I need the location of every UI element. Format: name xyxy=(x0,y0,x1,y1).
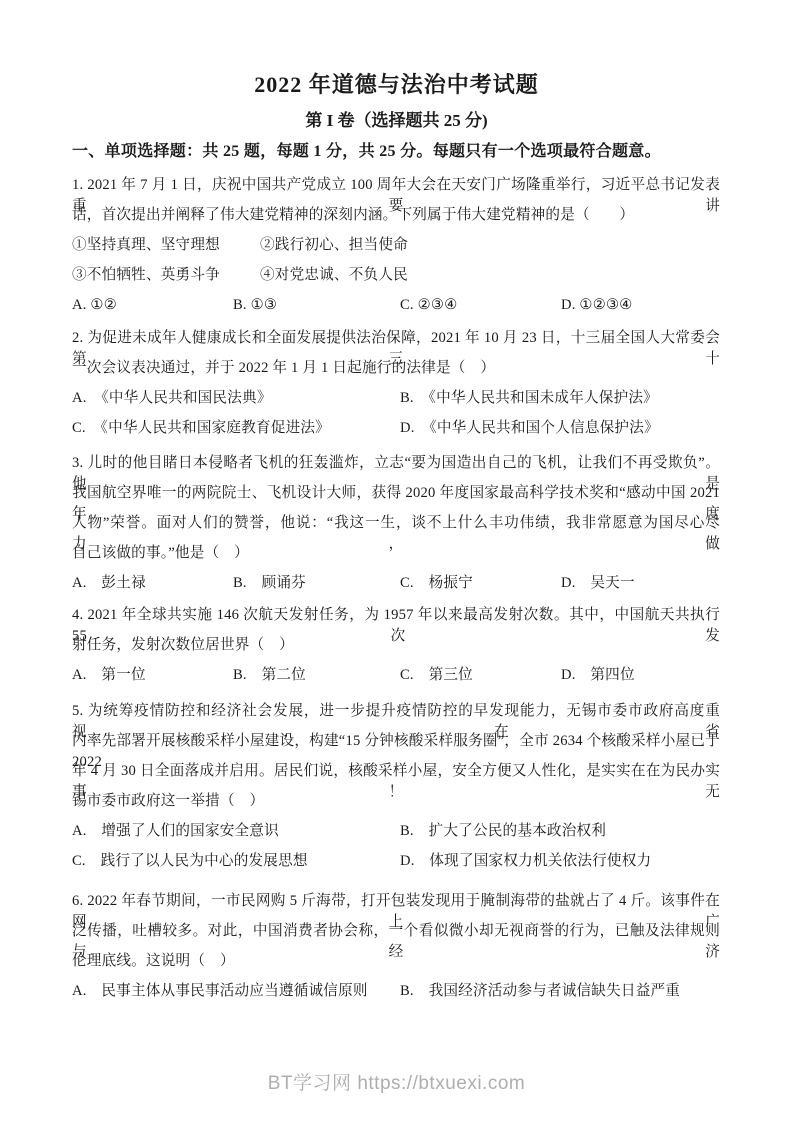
option-item: C. 《中华人民共和国家庭教育促进法》 xyxy=(72,418,400,448)
question-block-2: 2. 为促进未成年人健康成长和全面发展提供法治保障，2021 年 10 月 23… xyxy=(72,328,720,448)
option-item: D. ①②③④ xyxy=(561,295,720,325)
option-item: C. ②③④ xyxy=(400,295,561,325)
option-row: A. 增强了人们的国家安全意识B. 扩大了公民的基本政治权利 xyxy=(72,821,720,851)
question-stem-line: 5. 为统筹疫情防控和经济社会发展，进一步提升疫情防控的早发现能力，无锡市委市政… xyxy=(72,701,720,731)
question-block-6: 6. 2022 年春节期间，一市民网购 5 斤海带，打开包装发现用于腌制海带的盐… xyxy=(72,891,720,1011)
question-block-1: 1. 2021 年 7 月 1 日，庆祝中国共产党成立 100 周年大会在天安门… xyxy=(72,175,720,325)
option-row: A. ①②B. ①③C. ②③④D. ①②③④ xyxy=(72,295,720,325)
option-item: A. 第一位 xyxy=(72,665,233,695)
question-stem-line: 6. 2022 年春节期间，一市民网购 5 斤海带，打开包装发现用于腌制海带的盐… xyxy=(72,891,720,921)
question-list: 1. 2021 年 7 月 1 日，庆祝中国共产党成立 100 周年大会在天安门… xyxy=(72,175,720,1011)
option-row: A. 彭土禄B. 顾诵芬C. 杨振宁D. 吴天一 xyxy=(72,573,720,603)
question-stem-line: 泛传播，吐槽较多。对此，中国消费者协会称，一个看似微小却无视商誉的行为，已触及法… xyxy=(72,921,720,951)
question-stem-line: 话，首次提出并阐释了伟大建党精神的深刻内涵。下列属于伟大建党精神的是（ ） xyxy=(72,205,720,235)
option-row: C. 《中华人民共和国家庭教育促进法》D. 《中华人民共和国个人信息保护法》 xyxy=(72,418,720,448)
option-item: A. 彭土禄 xyxy=(72,573,233,603)
sub-option-item: ①坚持真理、坚守理想 xyxy=(72,235,260,265)
section-heading: 一、单项选择题：共 25 题，每题 1 分，共 25 分。每题只有一个选项最符合… xyxy=(72,138,722,161)
sub-option-row: ③不怕牺牲、英勇斗争④对党忠诚、不负人民 xyxy=(72,265,720,295)
question-stem-line: 内率先部署开展核酸采样小屋建设，构建“15 分钟核酸采样服务圈”，全市 2634… xyxy=(72,731,720,761)
option-item: B. 扩大了公民的基本政治权利 xyxy=(400,821,720,851)
option-item: B. 顾诵芬 xyxy=(233,573,400,603)
question-stem-line: 我国航空界唯一的两院院士、飞机设计大师，获得 2020 年度国家最高科学技术奖和… xyxy=(72,483,720,513)
option-item: D. 第四位 xyxy=(561,665,720,695)
option-item: A. 民事主体从事民事活动应当遵循诚信原则 xyxy=(72,981,400,1011)
sub-option-row: ①坚持真理、坚守理想②践行初心、担当使命 xyxy=(72,235,720,265)
option-item: B. 我国经济活动参与者诚信缺失日益严重 xyxy=(400,981,720,1011)
page-subtitle: 第 I 卷（选择题共 25 分) xyxy=(0,106,793,131)
option-item: A. ①② xyxy=(72,295,233,325)
option-item: C. 践行了以人民为中心的发展思想 xyxy=(72,851,400,881)
option-row: A. 民事主体从事民事活动应当遵循诚信原则B. 我国经济活动参与者诚信缺失日益严… xyxy=(72,981,720,1011)
option-row: A. 第一位B. 第二位C. 第三位D. 第四位 xyxy=(72,665,720,695)
option-row: A. 《中华人民共和国民法典》B. 《中华人民共和国未成年人保护法》 xyxy=(72,388,720,418)
sub-option-item: ②践行初心、担当使命 xyxy=(260,235,720,265)
footer-watermark: BT学习网 https://btxuexi.com xyxy=(0,1068,793,1095)
option-item: D. 体现了国家权力机关依法行使权力 xyxy=(400,851,720,881)
question-stem-line: 人物”荣誉。面对人们的赞誉，他说：“我这一生，谈不上什么丰功伟绩，我非常愿意为国… xyxy=(72,513,720,543)
question-stem-line: 年 4 月 30 日全面落成并启用。居民们说，核酸采样小屋，安全方便又人性化，是… xyxy=(72,761,720,791)
question-block-3: 3. 儿时的他目睹日本侵略者飞机的狂轰滥炸，立志“要为国造出自己的飞机，让我们不… xyxy=(72,453,720,603)
question-stem-line: 1. 2021 年 7 月 1 日，庆祝中国共产党成立 100 周年大会在天安门… xyxy=(72,175,720,205)
question-stem-line: 4. 2021 年全球共实施 146 次航天发射任务，为 1957 年以来最高发… xyxy=(72,605,720,635)
sub-option-item: ④对党忠诚、不负人民 xyxy=(260,265,720,295)
question-block-4: 4. 2021 年全球共实施 146 次航天发射任务，为 1957 年以来最高发… xyxy=(72,605,720,695)
sub-option-item: ③不怕牺牲、英勇斗争 xyxy=(72,265,260,295)
option-item: A. 《中华人民共和国民法典》 xyxy=(72,388,400,418)
option-item: D. 《中华人民共和国个人信息保护法》 xyxy=(400,418,720,448)
option-item: B. 《中华人民共和国未成年人保护法》 xyxy=(400,388,720,418)
option-item: A. 增强了人们的国家安全意识 xyxy=(72,821,400,851)
option-row: C. 践行了以人民为中心的发展思想D. 体现了国家权力机关依法行使权力 xyxy=(72,851,720,881)
question-block-5: 5. 为统筹疫情防控和经济社会发展，进一步提升疫情防控的早发现能力，无锡市委市政… xyxy=(72,701,720,881)
question-stem-line: 2. 为促进未成年人健康成长和全面发展提供法治保障，2021 年 10 月 23… xyxy=(72,328,720,358)
option-item: D. 吴天一 xyxy=(561,573,720,603)
option-item: B. ①③ xyxy=(233,295,400,325)
option-item: C. 杨振宁 xyxy=(400,573,561,603)
question-stem-line: 3. 儿时的他目睹日本侵略者飞机的狂轰滥炸，立志“要为国造出自己的飞机，让我们不… xyxy=(72,453,720,483)
option-item: B. 第二位 xyxy=(233,665,400,695)
option-item: C. 第三位 xyxy=(400,665,561,695)
page-title: 2022 年道德与法治中考试题 xyxy=(0,68,793,99)
